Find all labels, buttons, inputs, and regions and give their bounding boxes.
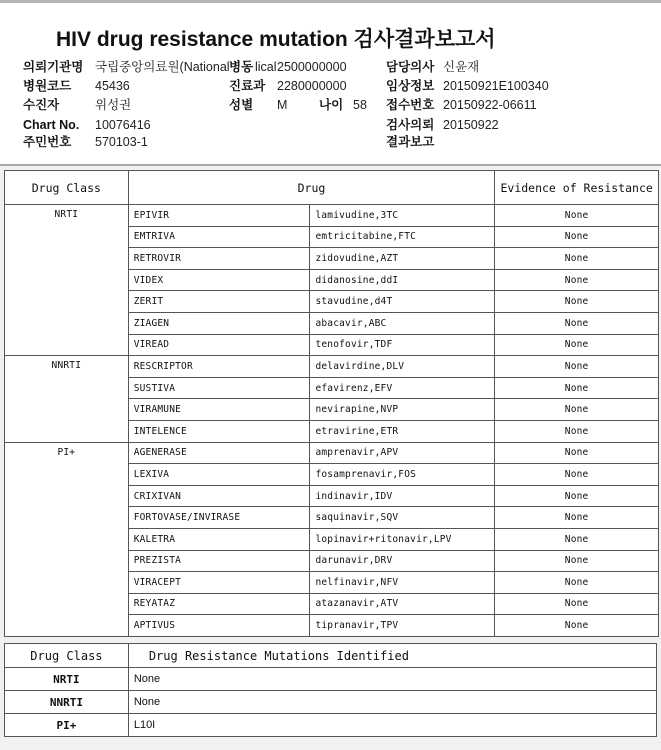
table-row: NNRTI RESCRIPTOR delavirdine,DLV None [5, 356, 659, 378]
hospital-label: 의뢰기관명 [23, 59, 83, 75]
hospital-code-value: 45436 [95, 78, 130, 94]
ward-overflow-text: lical [255, 59, 277, 75]
drug-class-cell: NNRTI [5, 691, 129, 714]
resistance-value: None [495, 334, 659, 356]
brand-name: AGENERASE [128, 442, 310, 464]
patient-label: 수진자 [23, 97, 59, 113]
resistance-value: None [495, 464, 659, 486]
clinical-info-label: 임상정보 [386, 78, 434, 94]
brand-name: ZERIT [128, 291, 310, 313]
resistance-value: None [495, 312, 659, 334]
brand-name: LEXIVA [128, 464, 310, 486]
age-value: 58 [353, 97, 367, 113]
generic-name: tipranavir,TPV [310, 615, 495, 637]
drug-class-cell: PI+ [5, 442, 129, 636]
table-row: NNRTI None [5, 691, 657, 714]
brand-name: REYATAZ [128, 593, 310, 615]
table-row: PI+ L10I [5, 714, 657, 737]
hospital-code-label: 병원코드 [23, 78, 71, 94]
generic-name: nevirapine,NVP [310, 399, 495, 421]
generic-name: darunavir,DRV [310, 550, 495, 572]
generic-name: fosamprenavir,FOS [310, 464, 495, 486]
hospital-value: 국립중앙의료원(National [95, 59, 231, 75]
brand-name: VIREAD [128, 334, 310, 356]
brand-name: PREZISTA [128, 550, 310, 572]
mutations-cell: L10I [128, 714, 656, 737]
resistance-value: None [495, 226, 659, 248]
result-report-label: 결과보고 [386, 134, 434, 150]
resistance-value: None [495, 442, 659, 464]
resistance-value: None [495, 205, 659, 227]
resistance-value: None [495, 485, 659, 507]
ward-value: 2500000000 [277, 59, 347, 75]
generic-name: tenofovir,TDF [310, 334, 495, 356]
ward-label: 병동 [229, 59, 253, 75]
sex-label: 성별 [229, 97, 253, 113]
brand-name: VIRAMUNE [128, 399, 310, 421]
resistance-value: None [495, 269, 659, 291]
brand-name: ZIAGEN [128, 312, 310, 334]
table-row: NRTI None [5, 668, 657, 691]
generic-name: stavudine,d4T [310, 291, 495, 313]
doctor-label: 담당의사 [386, 59, 434, 75]
brand-name: CRIXIVAN [128, 485, 310, 507]
age-label: 나이 [319, 97, 343, 113]
chart-no-label: Chart No. [23, 117, 79, 133]
brand-name: VIDEX [128, 269, 310, 291]
resistance-value: None [495, 550, 659, 572]
drug-class-header: Drug Class [5, 644, 129, 668]
brand-name: APTIVUS [128, 615, 310, 637]
table-header-row: Drug Class Drug Resistance Mutations Ide… [5, 644, 657, 668]
table-header-row: Drug Class Drug Evidence of Resistance [5, 171, 659, 205]
drug-header: Drug [128, 171, 495, 205]
brand-name: VIRACEPT [128, 572, 310, 594]
generic-name: nelfinavir,NFV [310, 572, 495, 594]
mutations-table: Drug Class Drug Resistance Mutations Ide… [4, 643, 657, 737]
resistance-value: None [495, 572, 659, 594]
brand-name: EMTRIVA [128, 226, 310, 248]
table-row: NRTI EPIVIR lamivudine,3TC None [5, 205, 659, 227]
resident-no-value: 570103-1 [95, 134, 148, 150]
department-value: 2280000000 [277, 78, 347, 94]
resistance-value: None [495, 593, 659, 615]
resistance-value: None [495, 420, 659, 442]
resistance-value: None [495, 507, 659, 529]
brand-name: KALETRA [128, 528, 310, 550]
generic-name: etravirine,ETR [310, 420, 495, 442]
brand-name: FORTOVASE/INVIRASE [128, 507, 310, 529]
generic-name: zidovudine,AZT [310, 248, 495, 270]
drug-class-cell: PI+ [5, 714, 129, 737]
generic-name: delavirdine,DLV [310, 356, 495, 378]
resistance-value: None [495, 356, 659, 378]
receipt-value: 20150922-06611 [443, 97, 537, 113]
test-request-label: 검사의뢰 [386, 117, 434, 133]
drug-class-cell: NNRTI [5, 356, 129, 442]
resistance-value: None [495, 615, 659, 637]
drug-resistance-table: Drug Class Drug Evidence of Resistance N… [4, 170, 659, 637]
mutations-cell: None [128, 668, 656, 691]
generic-name: amprenavir,APV [310, 442, 495, 464]
mutations-cell: None [128, 691, 656, 714]
drug-class-header: Drug Class [5, 171, 129, 205]
brand-name: EPIVIR [128, 205, 310, 227]
generic-name: didanosine,ddI [310, 269, 495, 291]
chart-no-value: 10076416 [95, 117, 151, 133]
resistance-value: None [495, 377, 659, 399]
sex-value: M [277, 97, 287, 113]
report-title: HIV drug resistance mutation 검사결과보고서 [56, 23, 496, 53]
receipt-label: 접수번호 [386, 97, 434, 113]
generic-name: efavirenz,EFV [310, 377, 495, 399]
generic-name: abacavir,ABC [310, 312, 495, 334]
resistance-value: None [495, 248, 659, 270]
table-row: PI+ AGENERASE amprenavir,APV None [5, 442, 659, 464]
generic-name: saquinavir,SQV [310, 507, 495, 529]
drug-class-cell: NRTI [5, 668, 129, 691]
generic-name: lopinavir+ritonavir,LPV [310, 528, 495, 550]
brand-name: INTELENCE [128, 420, 310, 442]
resident-no-label: 주민번호 [23, 134, 71, 150]
patient-value: 위성권 [95, 97, 131, 113]
department-label: 진료과 [229, 78, 265, 94]
evidence-header: Evidence of Resistance [495, 171, 659, 205]
drug-class-cell: NRTI [5, 205, 129, 356]
brand-name: RESCRIPTOR [128, 356, 310, 378]
resistance-value: None [495, 291, 659, 313]
resistance-value: None [495, 399, 659, 421]
generic-name: atazanavir,ATV [310, 593, 495, 615]
generic-name: emtricitabine,FTC [310, 226, 495, 248]
brand-name: SUSTIVA [128, 377, 310, 399]
doctor-value: 신윤재 [443, 59, 479, 75]
clinical-info-value: 20150921E100340 [443, 78, 549, 94]
generic-name: indinavir,IDV [310, 485, 495, 507]
test-request-value: 20150922 [443, 117, 499, 133]
brand-name: RETROVIR [128, 248, 310, 270]
report-header: HIV drug resistance mutation 검사결과보고서 의뢰기… [0, 3, 661, 164]
mutations-header: Drug Resistance Mutations Identified [128, 644, 656, 668]
resistance-value: None [495, 528, 659, 550]
generic-name: lamivudine,3TC [310, 205, 495, 227]
